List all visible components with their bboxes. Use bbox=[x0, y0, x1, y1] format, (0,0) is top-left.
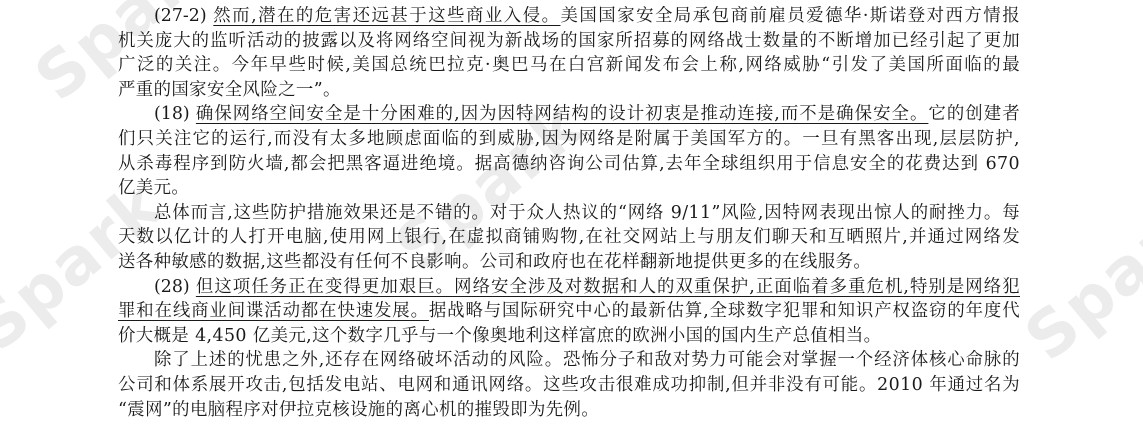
paragraph-label: (27-2) bbox=[154, 6, 213, 26]
paragraph-overall: 总体而言,这些防护措施效果还是不错的。对于众人热议的“网络 9/11”风险,因特… bbox=[118, 201, 1020, 275]
text-line: (28) 但这项任务正在变得更加艰巨。网络安全涉及对数据和人的双重保护,正面临着… bbox=[118, 275, 1020, 300]
text-line: 广泛的关注。今年早些时候,美国总统巴拉克·奥巴马在白宫新闻发布会上称,网络威胁“… bbox=[118, 53, 1020, 78]
text-line: “震网”的电脑程序对伊拉克核设施的离心机的摧毁即为先例。 bbox=[118, 398, 1020, 423]
text-line: 除了上述的忧患之外,还存在网络破坏活动的风险。恐怖分子和敌对势力可能会对掌握一个… bbox=[118, 348, 1020, 373]
text-line: 们只关注它的运行,而没有太多地顾虑面临的到威胁,因为网络是附属于美国军方的。一旦… bbox=[118, 127, 1020, 152]
text-segment: 美国国家安全局承包商前雇员爱德华·斯诺登对西方情报 bbox=[561, 6, 1021, 26]
text-segment: 送各种敏感的数据,这些都没有任何不良影响。公司和政府也在花样翻新地提供更多的在线… bbox=[118, 252, 871, 272]
text-segment: 公司和体系展开攻击,包括发电站、电网和通讯网络。这些攻击很难成功抑制,但并非没有… bbox=[118, 375, 1020, 395]
underlined-sentence: 然而,潜在的危害还远甚于这些商业入侵。 bbox=[213, 6, 560, 26]
text-segment: 从杀毒程序到防火墙,都会把黑客逼进绝境。据高德纳咨询公司估算,去年全球组织用于信… bbox=[118, 154, 1020, 174]
text-line: 送各种敏感的数据,这些都没有任何不良影响。公司和政府也在花样翻新地提供更多的在线… bbox=[118, 250, 1020, 275]
text-segment: 亿美元。 bbox=[118, 178, 189, 198]
text-line: 亿美元。 bbox=[118, 176, 1020, 201]
text-segment: “震网”的电脑程序对伊拉克核设施的离心机的摧毁即为先例。 bbox=[118, 400, 599, 420]
text-line: 从杀毒程序到防火墙,都会把黑客逼进绝境。据高德纳咨询公司估算,去年全球组织用于信… bbox=[118, 152, 1020, 177]
paragraph-besides: 除了上述的忧患之外,还存在网络破坏活动的风险。恐怖分子和敌对势力可能会对掌握一个… bbox=[118, 348, 1020, 422]
text-segment: 它的创建者 bbox=[928, 104, 1020, 124]
paragraph-label: (28) bbox=[154, 277, 196, 297]
text-segment: 据战略与国际研究中心的最新估算,全球数字犯罪和知识产权盗窃的年度代 bbox=[429, 301, 1020, 321]
text-segment: 广泛的关注。今年早些时候,美国总统巴拉克·奥巴马在白宫新闻发布会上称,网络威胁“… bbox=[118, 55, 1020, 75]
text-line: 总体而言,这些防护措施效果还是不错的。对于众人热议的“网络 9/11”风险,因特… bbox=[118, 201, 1020, 226]
text-segment: 们只关注它的运行,而没有太多地顾虑面临的到威胁,因为网络是附属于美国军方的。一旦… bbox=[118, 129, 1020, 149]
underlined-sentence: 但这项任务正在变得更加艰巨。网络安全涉及对数据和人的双重保护,正面临着多重危机,… bbox=[196, 277, 1020, 297]
text-line: 罪和在线商业间谍活动都在快速发展。据战略与国际研究中心的最新估算,全球数字犯罪和… bbox=[118, 299, 1020, 324]
text-line: 公司和体系展开攻击,包括发电站、电网和通讯网络。这些攻击很难成功抑制,但并非没有… bbox=[118, 373, 1020, 398]
text-segment: 价大概是 4,450 亿美元,这个数字几乎与一个像奥地利这样富庶的欧洲小国的国内… bbox=[118, 326, 881, 346]
text-line: (27-2) 然而,潜在的危害还远甚于这些商业入侵。美国国家安全局承包商前雇员爱… bbox=[118, 0, 1020, 29]
underlined-sentence: 确保网络空间安全是十分困难的,因为因特网结构的设计初衷是推动连接,而不是确保安全… bbox=[196, 104, 929, 124]
paragraph-28: (28) 但这项任务正在变得更加艰巨。网络安全涉及对数据和人的双重保护,正面临着… bbox=[118, 275, 1020, 349]
text-line: 机关庞大的监听活动的披露以及将网络空间视为新战场的国家所招募的网络战士数量的不断… bbox=[118, 29, 1020, 54]
text-line: 天数以亿计的人打开电脑,使用网上银行,在虚拟商铺购物,在社交网站上与朋友们聊天和… bbox=[118, 225, 1020, 250]
text-segment: 除了上述的忧患之外,还存在网络破坏活动的风险。恐怖分子和敌对势力可能会对掌握一个… bbox=[154, 350, 1020, 370]
paragraph-label: (18) bbox=[154, 104, 196, 124]
document-page: (27-2) 然而,潜在的危害还远甚于这些商业入侵。美国国家安全局承包商前雇员爱… bbox=[118, 0, 1020, 422]
text-segment: 严重的国家安全风险之一”。 bbox=[118, 80, 341, 100]
text-line: (18) 确保网络空间安全是十分困难的,因为因特网结构的设计初衷是推动连接,而不… bbox=[118, 102, 1020, 127]
text-line: 价大概是 4,450 亿美元,这个数字几乎与一个像奥地利这样富庶的欧洲小国的国内… bbox=[118, 324, 1020, 349]
text-segment: 总体而言,这些防护措施效果还是不错的。对于众人热议的“网络 9/11”风险,因特… bbox=[154, 203, 1020, 223]
paragraph-18: (18) 确保网络空间安全是十分困难的,因为因特网结构的设计初衷是推动连接,而不… bbox=[118, 102, 1020, 200]
text-segment: 机关庞大的监听活动的披露以及将网络空间视为新战场的国家所招募的网络战士数量的不断… bbox=[118, 31, 1020, 51]
text-segment: 天数以亿计的人打开电脑,使用网上银行,在虚拟商铺购物,在社交网站上与朋友们聊天和… bbox=[118, 227, 1020, 247]
text-line: 严重的国家安全风险之一”。 bbox=[118, 78, 1020, 103]
watermark: Spark bbox=[1012, 178, 1143, 376]
underlined-sentence: 罪和在线商业间谍活动都在快速发展。 bbox=[118, 301, 429, 321]
paragraph-27-2: (27-2) 然而,潜在的危害还远甚于这些商业入侵。美国国家安全局承包商前雇员爱… bbox=[118, 0, 1020, 102]
